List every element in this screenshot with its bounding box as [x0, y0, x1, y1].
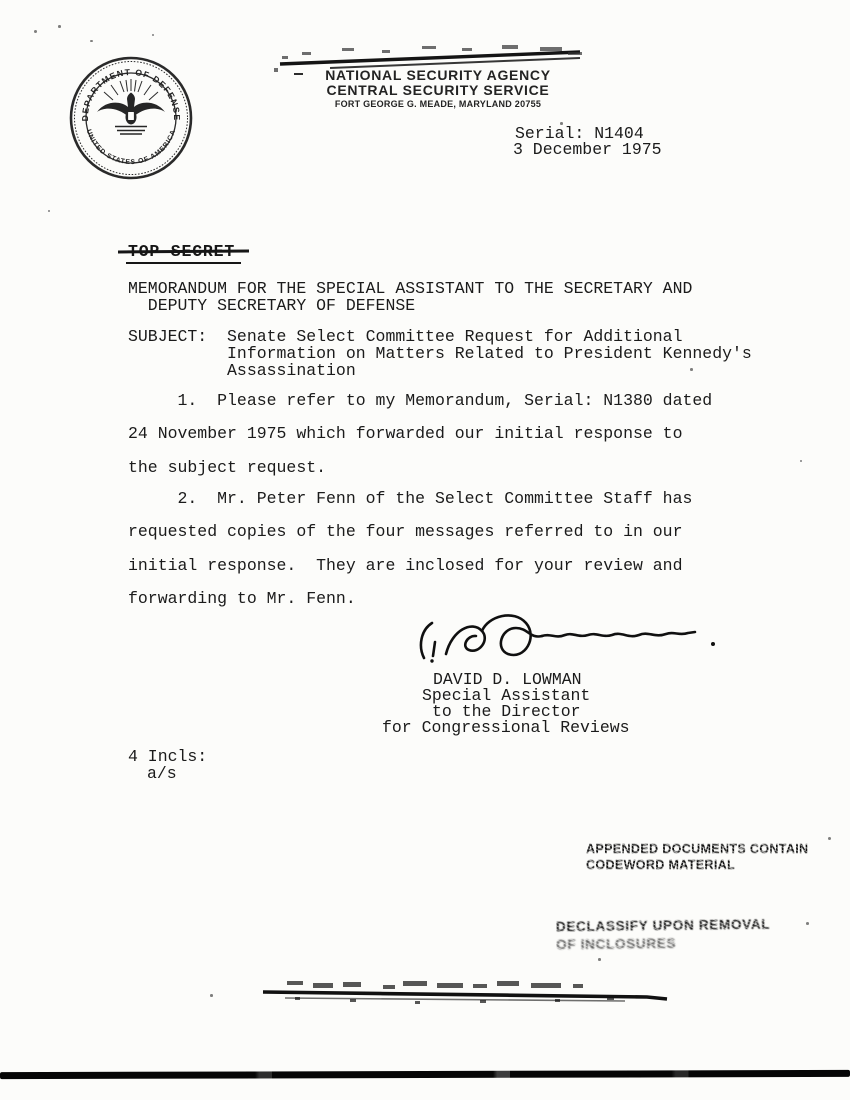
letterhead-address: FORT GEORGE G. MEADE, MARYLAND 20755	[303, 99, 573, 110]
scan-speck	[90, 40, 93, 42]
dod-seal-icon: DEPARTMENT OF DEFENSE UNITED STATES OF A…	[68, 55, 194, 181]
scan-speck	[560, 122, 563, 125]
codeword-stamp-line: CODEWORD MATERIAL	[586, 857, 808, 873]
classification-underline	[126, 262, 241, 264]
declassify-stamp: DECLASSIFY UPON REMOVAL OF INCLOSURES	[556, 916, 771, 954]
memo-body-line: 24 November 1975 which forwarded our ini…	[128, 425, 683, 442]
letterhead-agency: NATIONAL SECURITY AGENCY	[303, 68, 573, 83]
memo-body-line: the subject request.	[128, 459, 326, 476]
codeword-stamp-line: APPENDED DOCUMENTS CONTAIN	[586, 841, 808, 857]
codeword-stamp: APPENDED DOCUMENTS CONTAIN CODEWORD MATE…	[586, 841, 808, 872]
scan-speck	[152, 34, 154, 36]
memo-heading-line: DEPUTY SECRETARY OF DEFENSE	[128, 297, 415, 314]
memo-body-line: 1. Please refer to my Memorandum, Serial…	[128, 392, 712, 409]
document-page: DEPARTMENT OF DEFENSE UNITED STATES OF A…	[0, 0, 850, 1100]
letterhead-service: CENTRAL SECURITY SERVICE	[303, 83, 573, 98]
scan-speck	[598, 958, 601, 961]
scan-speck	[828, 837, 831, 840]
handwritten-signature-icon	[408, 604, 798, 674]
memo-body-line: forwarding to Mr. Fenn.	[128, 590, 356, 607]
scan-speck	[806, 922, 809, 925]
memo-subject-line: SUBJECT: Senate Select Committee Request…	[128, 328, 683, 345]
document-date: 3 December 1975	[513, 141, 662, 158]
scan-speck	[58, 25, 61, 28]
scan-speck	[690, 368, 693, 371]
scan-speck	[48, 210, 50, 212]
seal-eagle	[97, 93, 165, 135]
scan-speck	[34, 30, 37, 33]
enclosures-detail: a/s	[147, 765, 177, 782]
declassify-stamp-line: OF INCLOSURES	[556, 933, 771, 953]
redaction-strike-bottom-icon	[255, 975, 675, 1015]
memo-body-line: initial response. They are inclosed for …	[128, 557, 683, 574]
memo-subject-line: Assassination	[128, 362, 356, 379]
memo-body-line: 2. Mr. Peter Fenn of the Select Committe…	[128, 490, 692, 507]
letterhead: NATIONAL SECURITY AGENCY CENTRAL SECURIT…	[303, 68, 573, 110]
memo-subject-line: Information on Matters Related to Presid…	[128, 345, 752, 362]
scan-dash-mark	[294, 73, 303, 75]
enclosures-count: 4 Incls:	[128, 748, 207, 765]
scan-speck	[210, 994, 213, 997]
scan-edge-bar	[0, 1070, 850, 1079]
memo-body-line: requested copies of the four messages re…	[128, 523, 683, 540]
classification-marking: TOP SECRET	[128, 242, 235, 261]
signer-title-line: for Congressional Reviews	[382, 719, 630, 736]
memo-heading-line: MEMORANDUM FOR THE SPECIAL ASSISTANT TO …	[128, 280, 692, 297]
scan-speck	[800, 460, 802, 462]
